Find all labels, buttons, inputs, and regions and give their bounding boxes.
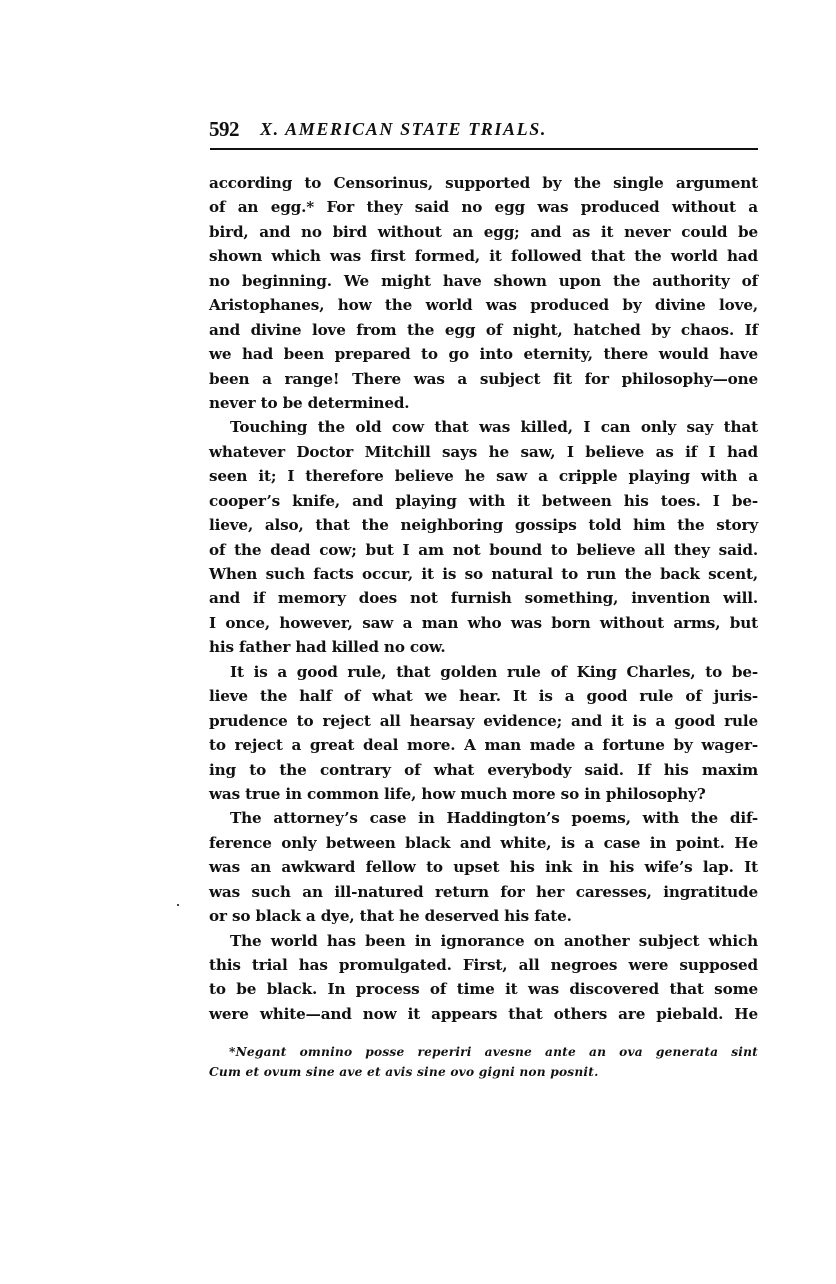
scan-speck: [177, 904, 179, 906]
text-line: ing to the contrary of what everybody sa…: [209, 758, 758, 782]
text-line: cooper’s knife, and playing with it betw…: [209, 489, 758, 513]
text-line: was an awkward fellow to upset his ink i…: [209, 855, 758, 879]
body-text: according to Censorinus, supported by th…: [209, 171, 758, 1026]
text-line: whatever Doctor Mitchill says he saw, I …: [209, 440, 758, 464]
text-line: Aristophanes, how the world was produced…: [209, 293, 758, 317]
running-head: 592 X. AMERICAN STATE TRIALS.: [209, 117, 758, 143]
text-line: to reject a great deal more. A man made …: [209, 733, 758, 757]
text-line: never to be determined.: [209, 391, 758, 415]
paragraph-start-line: The world has been in ignorance on anoth…: [209, 929, 758, 953]
text-line: I once, however, saw a man who was born …: [209, 611, 758, 635]
running-head-title: X. AMERICAN STATE TRIALS.: [260, 119, 547, 140]
text-line: lieve the half of what we hear. It is a …: [209, 684, 758, 708]
text-line: lieve, also, that the neighboring gossip…: [209, 513, 758, 537]
text-line: prudence to reject all hearsay evidence;…: [209, 709, 758, 733]
page-number: 592: [209, 117, 239, 142]
text-line: and if memory does not furnish something…: [209, 586, 758, 610]
text-line: according to Censorinus, supported by th…: [209, 171, 758, 195]
footnote-line: *Negant omnino posse reperiri avesne ant…: [209, 1042, 758, 1062]
text-line: no beginning. We might have shown upon t…: [209, 269, 758, 293]
text-line: we had been prepared to go into eternity…: [209, 342, 758, 366]
text-line: ference only between black and white, is…: [209, 831, 758, 855]
text-line: of an egg.* For they said no egg was pro…: [209, 195, 758, 219]
footnote: *Negant omnino posse reperiri avesne ant…: [209, 1042, 758, 1082]
text-line: his father had killed no cow.: [209, 635, 758, 659]
text-line: to be black. In process of time it was d…: [209, 977, 758, 1001]
text-line: When such facts occur, it is so natural …: [209, 562, 758, 586]
book-page: 592 X. AMERICAN STATE TRIALS. according …: [209, 117, 758, 143]
text-line: this trial has promulgated. First, all n…: [209, 953, 758, 977]
text-line: was true in common life, how much more s…: [209, 782, 758, 806]
paragraph-start-line: Touching the old cow that was killed, I …: [209, 415, 758, 439]
text-line: been a range! There was a subject fit fo…: [209, 367, 758, 391]
text-line: and divine love from the egg of night, h…: [209, 318, 758, 342]
text-line: was such an ill-natured return for her c…: [209, 880, 758, 904]
text-line: or so black a dye, that he deserved his …: [209, 904, 758, 928]
header-rule-divider: [210, 148, 758, 150]
text-line: seen it; I therefore believe he saw a cr…: [209, 464, 758, 488]
text-line: shown which was first formed, it followe…: [209, 244, 758, 268]
text-line: were white—and now it appears that other…: [209, 1002, 758, 1026]
paragraph-start-line: It is a good rule, that golden rule of K…: [209, 660, 758, 684]
footnote-line: Cum et ovum sine ave et avis sine ovo gi…: [209, 1062, 758, 1082]
text-line: bird, and no bird without an egg; and as…: [209, 220, 758, 244]
text-line: of the dead cow; but I am not bound to b…: [209, 538, 758, 562]
paragraph-start-line: The attorney’s case in Haddington’s poem…: [209, 806, 758, 830]
